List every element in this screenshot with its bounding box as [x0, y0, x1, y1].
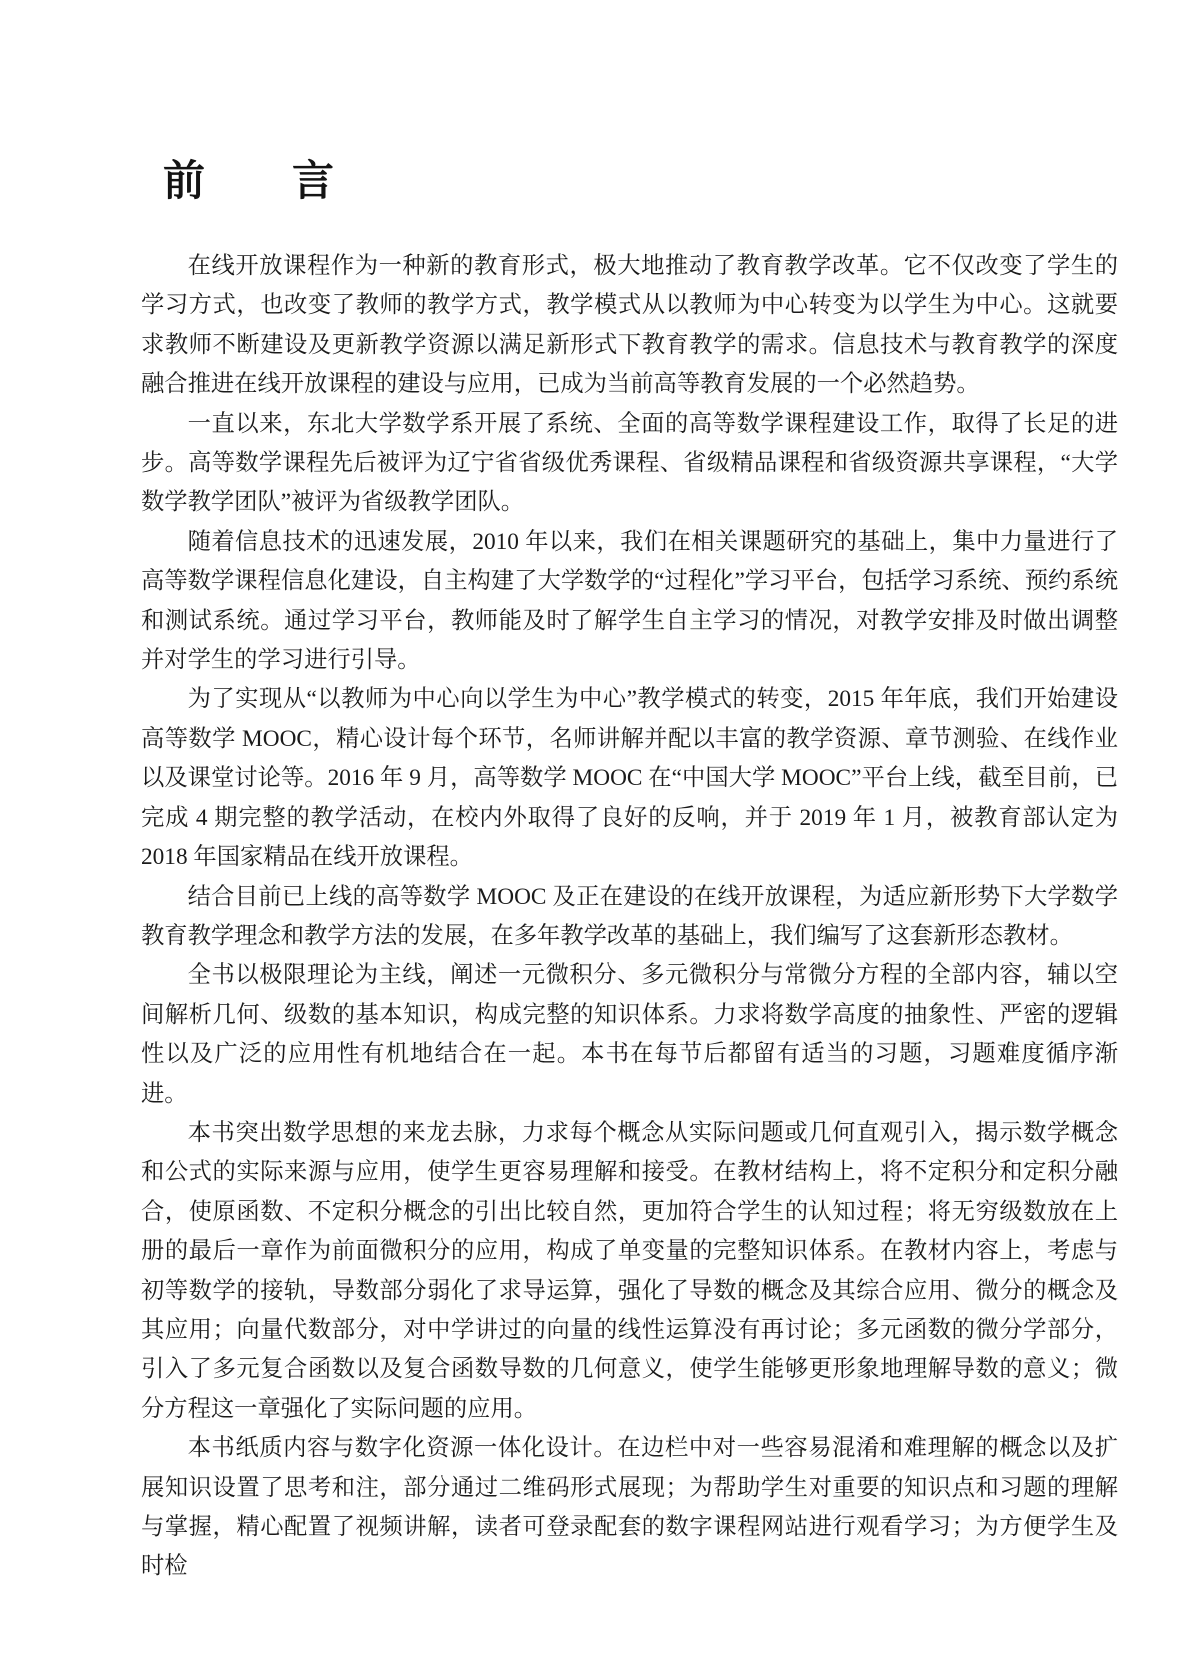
- paragraph-1: 在线开放课程作为一种新的教育形式，极大地推动了教育教学改革。它不仅改变了学生的学…: [141, 247, 1118, 405]
- page-title: 前 言: [163, 160, 1118, 202]
- page-content: 前 言 在线开放课程作为一种新的教育形式，极大地推动了教育教学改革。它不仅改变了…: [141, 160, 1118, 1587]
- paragraph-3: 随着信息技术的迅速发展，2010 年以来，我们在相关课题研究的基础上，集中力量进…: [141, 523, 1118, 681]
- preface-page: 前 言 在线开放课程作为一种新的教育形式，极大地推动了教育教学改革。它不仅改变了…: [0, 0, 1203, 1675]
- paragraph-6: 全书以极限理论为主线，阐述一元微积分、多元微积分与常微分方程的全部内容，辅以空间…: [141, 956, 1118, 1114]
- paragraph-4: 为了实现从“以教师为中心向以学生为中心”教学模式的转变，2015 年年底，我们开…: [141, 680, 1118, 877]
- paragraph-8: 本书纸质内容与数字化资源一体化设计。在边栏中对一些容易混淆和难理解的概念以及扩展…: [141, 1429, 1118, 1587]
- paragraph-2: 一直以来，东北大学数学系开展了系统、全面的高等数学课程建设工作，取得了长足的进步…: [141, 405, 1118, 523]
- paragraph-5: 结合目前已上线的高等数学 MOOC 及正在建设的在线开放课程，为适应新形势下大学…: [141, 878, 1118, 957]
- paragraph-7: 本书突出数学思想的来龙去脉，力求每个概念从实际问题或几何直观引入，揭示数学概念和…: [141, 1114, 1118, 1429]
- preface-body: 在线开放课程作为一种新的教育形式，极大地推动了教育教学改革。它不仅改变了学生的学…: [141, 247, 1118, 1587]
